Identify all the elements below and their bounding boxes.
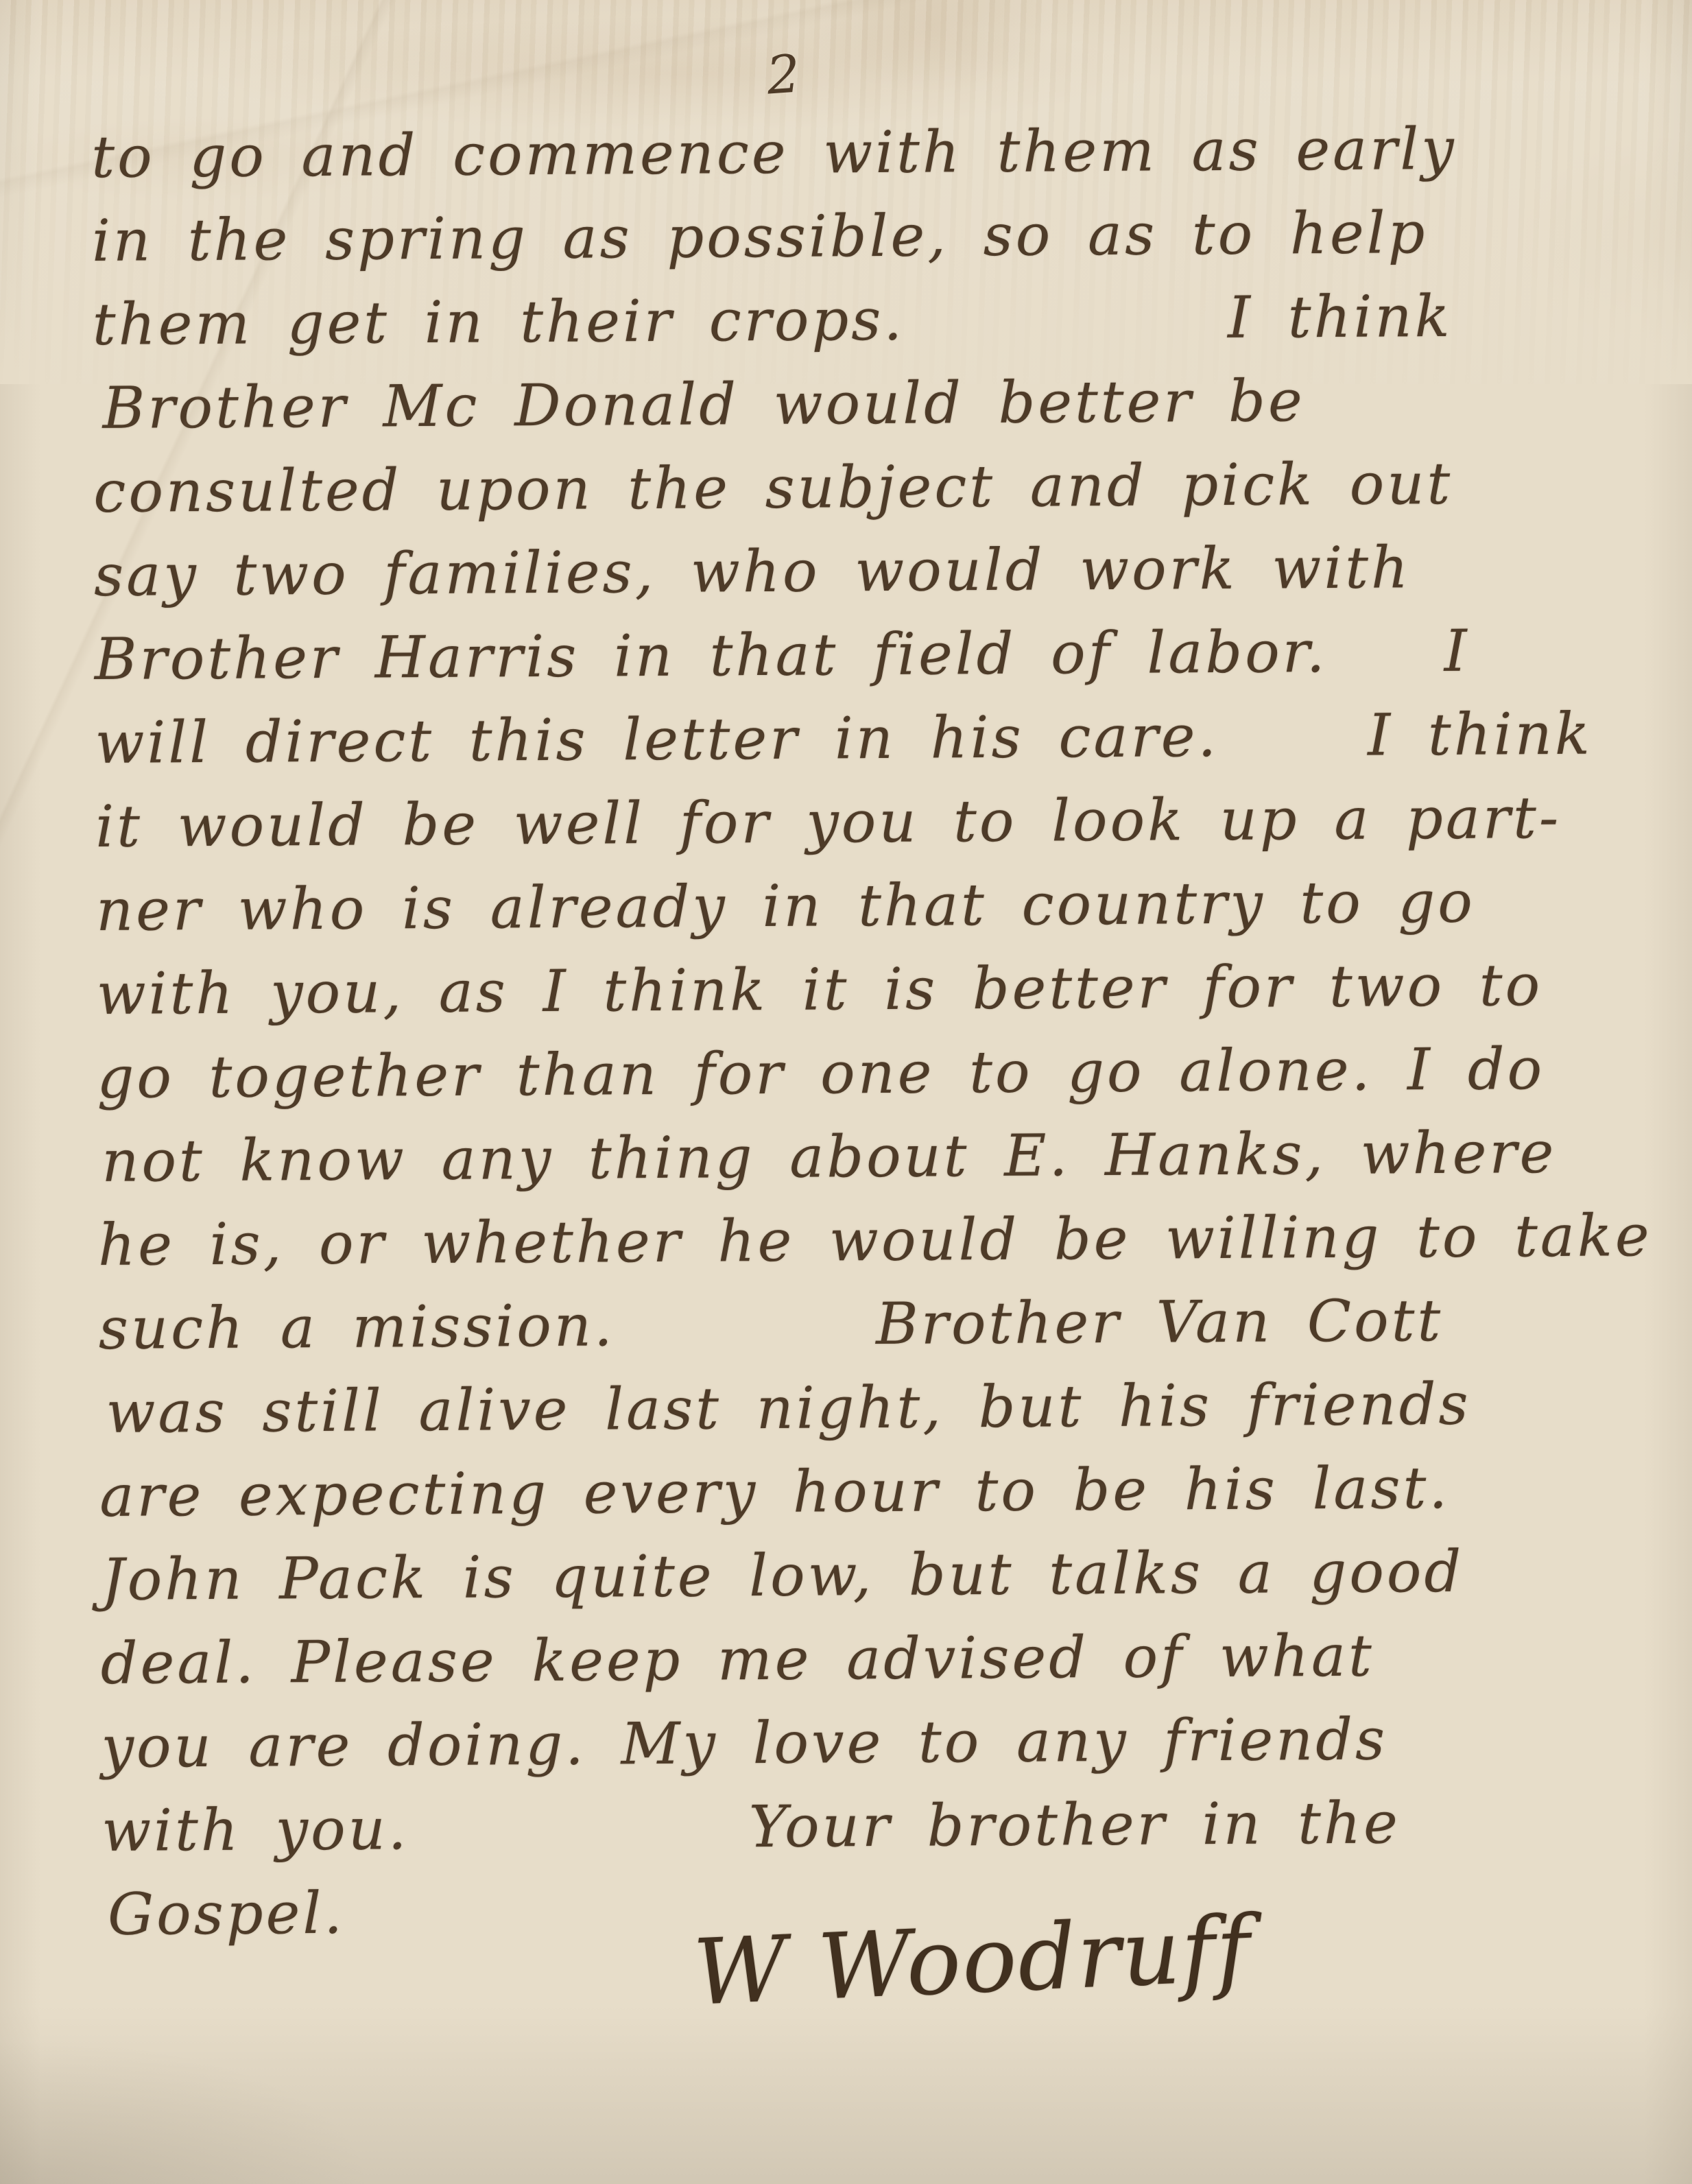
letter-line: Brother Mc Donald would better be xyxy=(93,357,1621,450)
letter-line-segment: with you, as I think it is better for tw… xyxy=(97,943,1543,1036)
letter-line: deal. Please keep me advised of what xyxy=(101,1612,1629,1705)
letter-line: consulted upon the subject and pick out xyxy=(93,440,1621,534)
letter-line-segment: deal. Please keep me advised of what xyxy=(101,1614,1375,1705)
line-gap xyxy=(615,1344,877,1345)
letter-line-segment: it would be well for you to look up a pa… xyxy=(95,776,1562,868)
letter-line-segment: such a mission. xyxy=(99,1283,616,1370)
letter-line-segment: I xyxy=(1444,609,1470,693)
letter-line-segment: consulted upon the subject and pick out xyxy=(93,442,1453,534)
letter-line: not know any thing about E. Hanks, where xyxy=(97,1110,1625,1203)
letter-paper: 2 to go and commence with them as earlyi… xyxy=(0,0,1692,2184)
signature: W Woodruff xyxy=(691,1896,1254,2026)
letter-line: Gospel. xyxy=(102,1863,1630,1956)
letter-line-segment: Gospel. xyxy=(108,1871,346,1956)
letter-line: with you.Your brother in the xyxy=(102,1779,1630,1873)
letter-line: John Pack is quite low, but talks a good xyxy=(100,1528,1628,1622)
letter-line-segment: to go and commence with them as early xyxy=(91,107,1457,199)
letter-line: such a mission.Brother Van Cott xyxy=(99,1277,1627,1370)
letter-line: Brother Harris in that field of labor.I xyxy=(95,608,1623,701)
line-gap xyxy=(1219,755,1368,756)
letter-line: it would be well for you to look up a pa… xyxy=(95,775,1623,868)
line-gap xyxy=(905,337,1228,340)
letter-line-segment: in the spring as possible, so as to help xyxy=(92,191,1428,283)
letter-line: to go and commence with them as early xyxy=(91,106,1619,199)
letter-line-segment: John Pack is quite low, but talks a good xyxy=(102,1530,1464,1622)
letter-line: say two families, who would work with xyxy=(94,524,1622,617)
letter-line: them get in their crops.I think xyxy=(93,273,1621,366)
letter-line-segment: say two families, who would work with xyxy=(94,525,1411,617)
letter-line-segment: he is, or whether he would be willing to… xyxy=(98,1194,1652,1287)
letter-lines: to go and commence with them as earlyin … xyxy=(91,106,1630,1956)
letter-line-segment: was still alive last night, but his frie… xyxy=(106,1362,1471,1454)
letter-line-segment: I think xyxy=(1368,692,1593,777)
letter-line: in the spring as possible, so as to help xyxy=(92,189,1620,283)
letter-line-segment: will direct this letter in his care. xyxy=(95,694,1219,785)
letter-line-segment: are expecting every hour to be his last. xyxy=(99,1446,1450,1538)
letter-line-segment: Your brother in the xyxy=(749,1781,1401,1868)
letter-line: go together than for one to go alone. I … xyxy=(97,1026,1625,1119)
letter-line-segment: you are doing. My love to any friends xyxy=(101,1697,1387,1788)
letter-line-segment: go together than for one to go alone. I … xyxy=(97,1027,1545,1119)
letter-line: was still alive last night, but his frie… xyxy=(99,1361,1627,1454)
letter-line: he is, or whether he would be willing to… xyxy=(98,1194,1626,1287)
letter-line: will direct this letter in his care.I th… xyxy=(95,691,1623,785)
letter-line-segment: Brother Harris in that field of labor. xyxy=(95,610,1328,701)
letter-line-segment: Brother Mc Donald would better be xyxy=(102,359,1305,450)
letter-line-segment: ner who is already in that country to go xyxy=(96,860,1475,952)
letter-line-segment: not know any thing about E. Hanks, where xyxy=(102,1111,1557,1203)
letter-line-segment: Brother Van Cott xyxy=(876,1279,1444,1366)
letter-line: you are doing. My love to any friends xyxy=(101,1696,1629,1789)
letter-line: are expecting every hour to be his last. xyxy=(99,1445,1628,1538)
line-gap xyxy=(1328,671,1444,672)
letter-line-segment: them get in their crops. xyxy=(93,278,905,366)
line-gap xyxy=(409,1847,750,1849)
letter-line: with you, as I think it is better for tw… xyxy=(97,942,1625,1036)
page-number: 2 xyxy=(765,43,802,106)
letter-line-segment: I think xyxy=(1228,274,1453,359)
letter-line: ner who is already in that country to go xyxy=(96,859,1624,952)
letter-line-segment: with you. xyxy=(102,1787,409,1873)
